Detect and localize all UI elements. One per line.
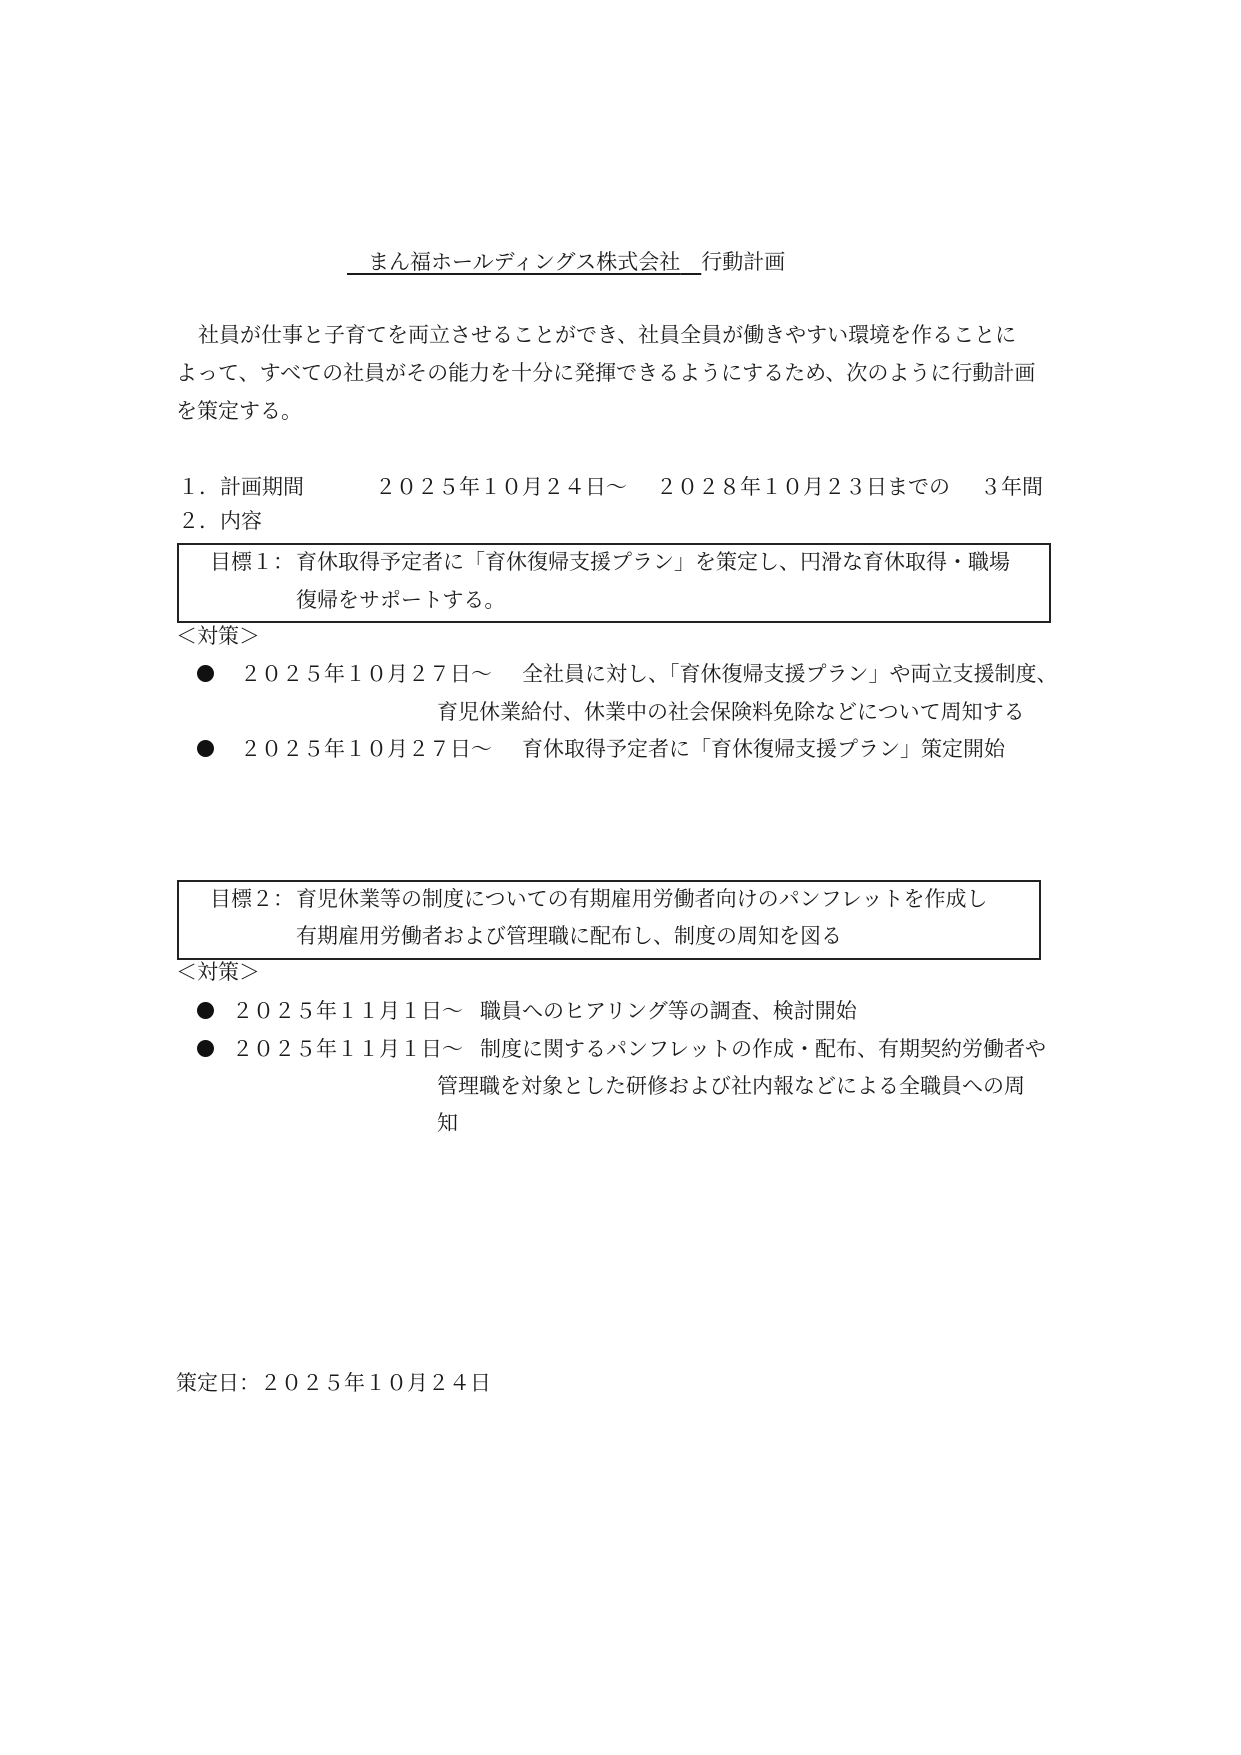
goal-1-measure-1-line-1: 全社員に対し、「育休復帰支援プラン」や両立支援制度、 [522,660,1058,688]
goal-1-measures-heading: ＜対策＞ [176,622,260,650]
section-plan-period: １．計画期間 [178,473,304,501]
goal-1-measure-2 [197,735,214,763]
goal-2-measures-heading: ＜対策＞ [176,958,260,986]
goal-2-measure-2 [197,1035,214,1063]
bullet-icon [197,1040,214,1057]
goal-1-measure-2-date: ２０２５年１０月２７日～ [240,735,492,763]
goal-2-label: 目標２： [210,885,294,913]
goal-2-measure-2-date: ２０２５年１１月１日～ [232,1035,463,1063]
title-suffix: 行動計画 [701,250,785,274]
goal-2-measure-2-line-2: 管理職を対象とした研修および社内報などによる全職員への周 [437,1072,1025,1100]
established-value: ２０２５年１０月２４日 [260,1371,491,1395]
goal-2-line-2: 有期雇用労働者および管理職に配布し、制度の周知を図る [296,922,842,950]
goal-2-measure-2-line-1: 制度に関するパンフレットの作成・配布、有期契約労働者や [480,1035,1046,1063]
established-label: 策定日： [176,1371,260,1395]
intro-line-1: 社員が仕事と子育てを両立させることができ、社員全員が働きやすい環境を作ることに [198,321,1016,349]
bullet-icon [197,740,214,757]
goal-2-measure-1-date: ２０２５年１１月１日～ [232,997,463,1025]
goal-1-label: 目標１： [210,548,294,576]
document-title: まん福ホールディングス株式会社行動計画 [347,248,785,276]
goal-2-measure-1-line-1: 職員へのヒアリング等の調査、検討開始 [480,997,857,1025]
goal-2-measure-1 [197,997,214,1025]
plan-period-duration: ３年間 [980,473,1043,501]
goal-1-line-2: 復帰をサポートする。 [296,586,505,614]
goal-1-measure-2-line-1: 育休取得予定者に「育休復帰支援プラン」策定開始 [522,735,1005,763]
plan-period-end: ２０２８年１０月２３日までの [656,473,950,501]
goal-1-measure-1-date: ２０２５年１０月２７日～ [240,660,492,688]
intro-line-3: を策定する。 [176,397,302,425]
goal-1-line-1: 育休取得予定者に「育休復帰支援プラン」を策定し、円滑な育休取得・職場 [296,548,1010,576]
company-name: まん福ホールディングス株式会社 [347,250,701,274]
goal-1-measure-1-line-2: 育児休業給付、休業中の社会保険料免除などについて周知する [437,698,1025,726]
goal-1-measure-1 [197,660,214,688]
plan-period-start: ２０２５年１０月２４日～ [375,473,627,501]
goal-2-line-1: 育児休業等の制度についての有期雇用労働者向けのパンフレットを作成し [296,885,988,913]
intro-line-2: よって、すべての社員がその能力を十分に発揮できるようにするため、次のように行動計… [176,359,1035,387]
bullet-icon [197,665,214,682]
section-2-label: ２．内容 [178,507,262,535]
bullet-icon [197,1002,214,1019]
section-1-label: １．計画期間 [178,475,304,499]
established-date: 策定日：２０２５年１０月２４日 [176,1369,491,1397]
goal-2-measure-2-line-3: 知 [437,1109,458,1137]
